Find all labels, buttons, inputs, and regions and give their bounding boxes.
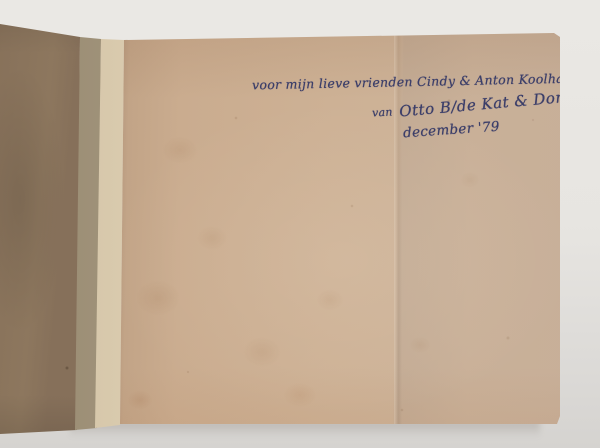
book-photograph: voor mijn lieve vrienden Cindy & Anton K… bbox=[0, 0, 600, 448]
inscription-from-word: van bbox=[372, 105, 393, 119]
page-crease bbox=[394, 34, 402, 424]
